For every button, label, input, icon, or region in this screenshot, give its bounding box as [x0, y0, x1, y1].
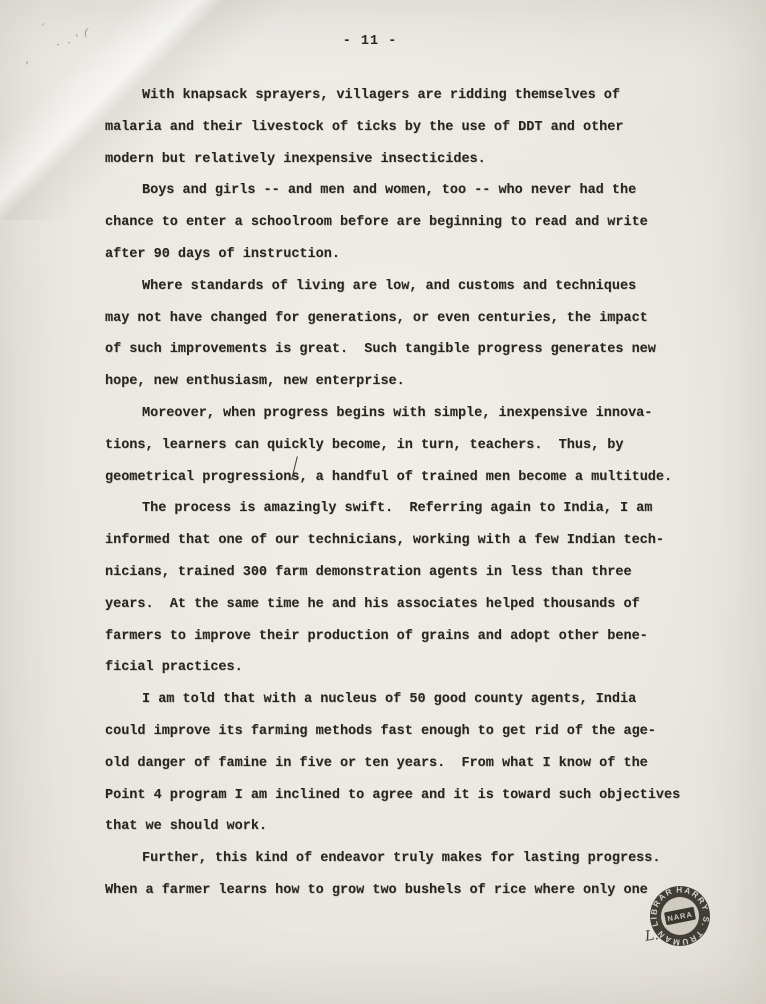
- text-line: informed that one of our technicians, wo…: [105, 525, 705, 557]
- text-line: The process is amazingly swift. Referrin…: [105, 493, 705, 525]
- text-line: chance to enter a schoolroom before are …: [105, 207, 705, 239]
- struck-letter: s: [291, 462, 299, 494]
- document-page: ' ( · · ' , - 11 - With knapsack sprayer…: [0, 0, 766, 1004]
- text-segment: geometrical progression: [105, 470, 291, 485]
- text-line: ficial practices.: [105, 652, 705, 684]
- text-line: could improve its farming methods fast e…: [105, 716, 705, 748]
- text-line: With knapsack sprayers, villagers are ri…: [105, 80, 705, 112]
- text-line: When a farmer learns how to grow two bus…: [105, 875, 705, 907]
- text-line: that we should work.: [105, 811, 705, 843]
- text-line: of such improvements is great. Such tang…: [105, 334, 705, 366]
- text-line: Point 4 program I am inclined to agree a…: [105, 780, 705, 812]
- pencil-mark: ,: [22, 52, 30, 66]
- truman-library-stamp: HARRY S. TRUMAN LIBRARY NARA: [639, 875, 721, 957]
- text-line: I am told that with a nucleus of 50 good…: [105, 684, 705, 716]
- text-line: farmers to improve their production of g…: [105, 621, 705, 653]
- text-line-with-correction: geometrical progressions, a handful of t…: [105, 462, 705, 494]
- text-line: years. At the same time he and his assoc…: [105, 589, 705, 621]
- text-line: may not have changed for generations, or…: [105, 303, 705, 335]
- text-line: malaria and their livestock of ticks by …: [105, 112, 705, 144]
- text-line: Moreover, when progress begins with simp…: [105, 398, 705, 430]
- text-line: hope, new enthusiasm, new enterprise.: [105, 366, 705, 398]
- text-line: after 90 days of instruction.: [105, 239, 705, 271]
- text-line: modern but relatively inexpensive insect…: [105, 144, 705, 176]
- text-line: Where standards of living are low, and c…: [105, 271, 705, 303]
- stamp-graphic: HARRY S. TRUMAN LIBRARY NARA: [639, 875, 721, 957]
- text-line: Further, this kind of endeavor truly mak…: [105, 843, 705, 875]
- text-line: Boys and girls -- and men and women, too…: [105, 175, 705, 207]
- pencil-mark: ': [37, 22, 45, 33]
- page-number: - 11 -: [0, 34, 740, 49]
- text-line: tions, learners can quickly become, in t…: [105, 430, 705, 462]
- text-line: old danger of famine in five or ten year…: [105, 748, 705, 780]
- pen-mark: L.: [644, 927, 660, 945]
- document-body: With knapsack sprayers, villagers are ri…: [105, 80, 705, 907]
- text-segment: , a handful of trained men become a mult…: [299, 470, 672, 485]
- text-line: nicians, trained 300 farm demonstration …: [105, 557, 705, 589]
